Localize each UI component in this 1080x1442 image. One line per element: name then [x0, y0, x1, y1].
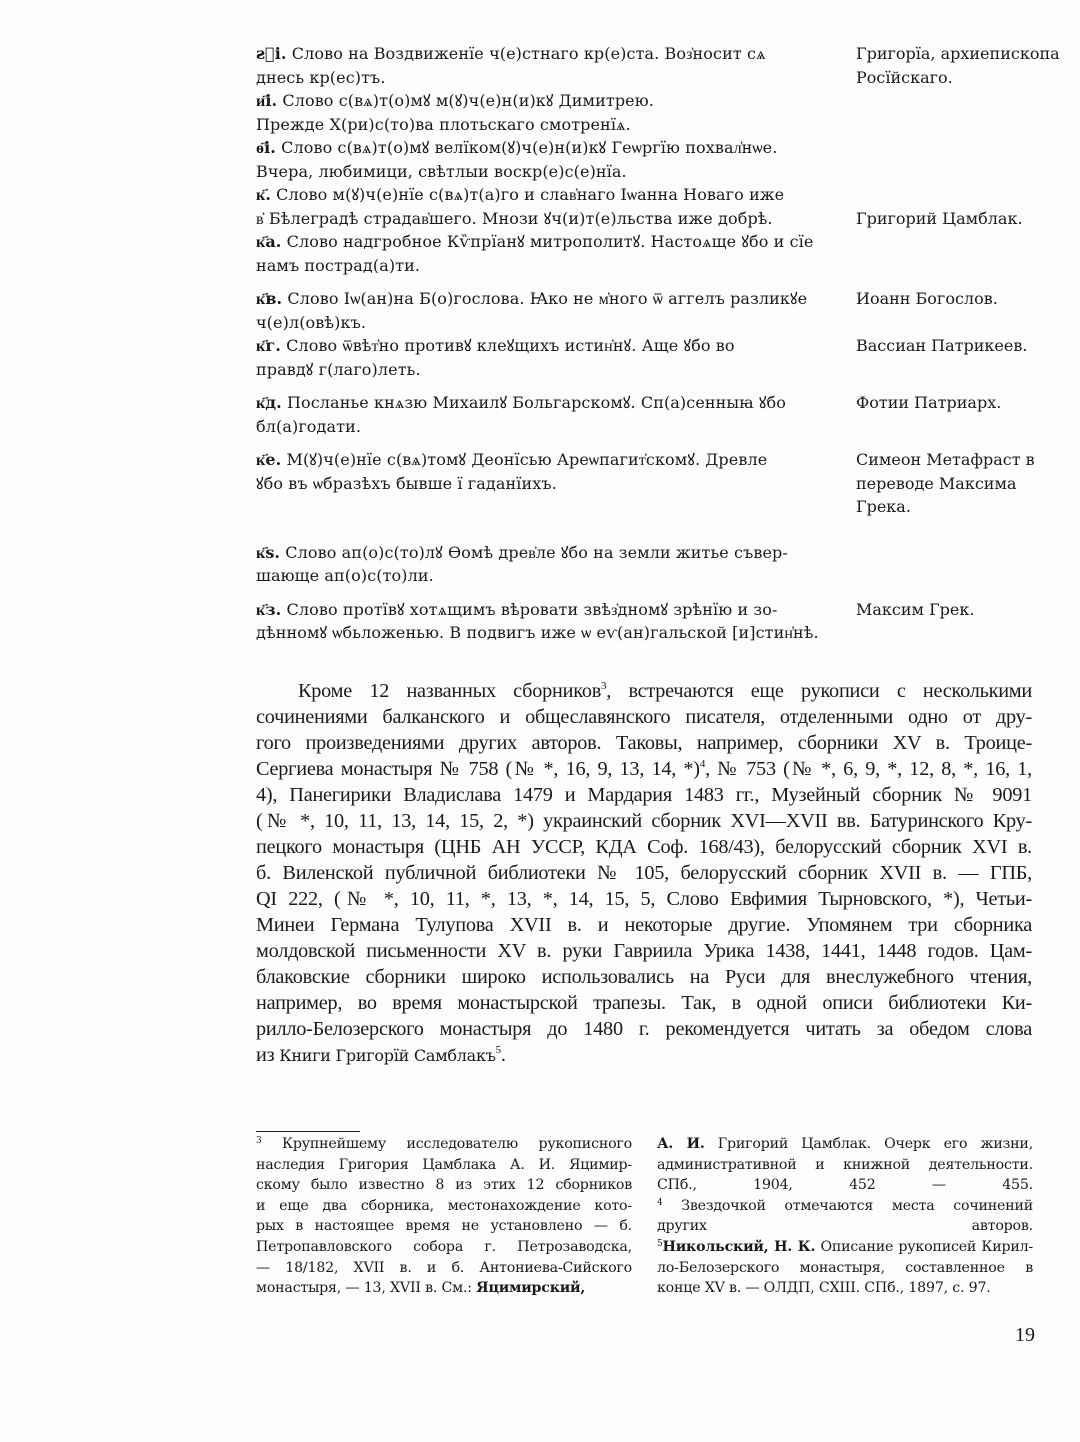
paragraph-line: б. Виленской публичной библиотеки № 105,… — [256, 860, 1032, 886]
text: молдовской письменности XV в. руки Гаври… — [256, 940, 1032, 962]
entry-title: к҃е. М(ꙋ)ч(е)нїе с(вѧ)томꙋ Деонїсью Ареѡ… — [256, 448, 824, 519]
entry-line: к҃ѕ. Слово ап(о)с(то)лꙋ Ѳомѣ древ҆ле ꙋбо… — [256, 541, 824, 565]
entry-number: к҃. — [256, 185, 271, 204]
footnote-line: Петропавловского собора г. Петрозаводска… — [256, 1237, 632, 1258]
footnote-line: ло-Белозерского монастыря, составленное … — [657, 1258, 1033, 1279]
entry-author: Максим Грек. — [856, 598, 1056, 645]
contents-entry: к҃ѕ. Слово ап(о)с(то)лꙋ Ѳомѣ древ҆ле ꙋбо… — [256, 541, 1056, 588]
footnote-line: скому было известно 8 из этих 12 сборник… — [256, 1175, 632, 1196]
text: Минеи Германа Тулупова XVII в. и некотор… — [256, 914, 1032, 936]
paragraph-line: сочинениями балканского и общеславянског… — [256, 704, 1032, 730]
author-name: А. И. — [657, 1136, 705, 1152]
text: конце XV в. — ОЛДП, CXIII. СПб., 1897, с… — [657, 1280, 991, 1296]
text: . — [501, 1044, 506, 1066]
entry-title: к҃з. Слово протївꙋ хотѧщимъ вѣровати звѣ… — [256, 598, 824, 645]
entry-author: Симеон Метафраст впереводе МаксимаГрека. — [856, 448, 1056, 519]
paragraph-line: молдовской письменности XV в. руки Гаври… — [256, 938, 1032, 964]
contents-entry: к҃з. Слово протївꙋ хотѧщимъ вѣровати звѣ… — [256, 598, 1056, 645]
entry-number: ѳ҃і. — [256, 138, 276, 157]
footnote-line: А. И. Григорий Цамблак. Очерк его жизни, — [657, 1134, 1033, 1155]
entry-number: к҃е. — [256, 450, 281, 469]
entry-title: к҃д. Посланье кнѧзю Михаилꙋ Больгарскомꙋ… — [256, 391, 824, 438]
footnote-line: 5Никольский, Н. К. Описание рукописей Ки… — [657, 1237, 1033, 1258]
entry-text-fragment: намъ пострад(а)ти. — [256, 256, 420, 275]
contents-entry: к҃. Слово м(ꙋ)ч(е)нїе с(вѧ)т(а)го и слав… — [256, 183, 1056, 277]
paragraph-line: пецкого монастыря (ЦНБ АН УССР, КДА Соф.… — [256, 834, 1032, 860]
author-line: Росїйскаго. — [856, 66, 1056, 90]
entry-author: Иоанн Богослов. — [856, 287, 1056, 334]
entry-number: к҃д. — [256, 393, 282, 412]
entry-text-fragment: Посланье кнѧзю Михаилꙋ Больгарскомꙋ. Сп(… — [282, 393, 786, 412]
text: монастыря, — 13, XVII в. См.: — [256, 1280, 476, 1296]
author-line: Симеон Метафраст в — [856, 448, 1056, 472]
paragraph-line: Сергиева монастыря № 758 (№ *, 16, 9, 13… — [256, 756, 1032, 782]
contents-entry: к҃в. Слово Іѡ(ан)на Б(о)гослова. Ꙗко не … — [256, 287, 1056, 334]
book-page: ꙅ҃і. Слово на Воздвиженїе ч(е)стнаго кр(… — [0, 0, 1080, 1442]
text: — 18/182, XVII в. и б. Антониева-Сийског… — [256, 1260, 632, 1276]
footnote-line: наследия Григория Цамблака А. И. Яцимир- — [256, 1155, 632, 1176]
entry-text-fragment: бл(а)годати. — [256, 417, 361, 436]
entry-number: к҃з. — [256, 600, 281, 619]
entry-line: бл(а)годати. — [256, 415, 824, 439]
entry-line: ч(е)л(овѣ)къ. — [256, 311, 824, 335]
manuscript-contents-list: ꙅ҃і. Слово на Воздвиженїе ч(е)стнаго кр(… — [256, 42, 1056, 645]
footnote-line: других авторов. — [657, 1216, 1033, 1237]
footnote-line: административной и книжной деятельности. — [657, 1155, 1033, 1176]
paragraph-line: из Книги Григорїй Самблакъ5. — [256, 1042, 1032, 1069]
entry-line: дѣнномꙋ ѡбьложенью. В подвигъ иже ѡ еѵ(а… — [256, 621, 824, 645]
entry-author: Вассиан Патрикеев. — [856, 334, 1056, 381]
entry-line: к҃в. Слово Іѡ(ан)на Б(о)гослова. Ꙗко не … — [256, 287, 824, 311]
text: СПб., 1904, 452 — 455. — [657, 1177, 1033, 1193]
entry-line: днесь кр(ес)тъ. — [256, 66, 824, 90]
paragraph-line: QI 222, (№ *, 10, 11, *, 13, *, 14, 15, … — [256, 886, 1032, 912]
paragraph-line: рилло-Белозерского монастыря до 1480 г. … — [256, 1016, 1032, 1042]
entry-line: к҃г. Слово ѿвѣт҆но противꙋ клеꙋщихъ исти… — [256, 334, 824, 358]
text: пецкого монастыря (ЦНБ АН УССР, КДА Соф.… — [256, 836, 1032, 858]
text: из — [256, 1044, 279, 1066]
text: сочинениями балканского и общеславянског… — [256, 706, 1032, 728]
footnote-line: монастыря, — 13, XVII в. См.: Яцимирский… — [256, 1278, 632, 1299]
paragraph-line: Минеи Германа Тулупова XVII в. и некотор… — [256, 912, 1032, 938]
text: рилло-Белозерского монастыря до 1480 г. … — [256, 1018, 1032, 1040]
entry-line: ꙅ҃і. Слово на Воздвиженїе ч(е)стнаго кр(… — [256, 42, 824, 66]
text: (№ *, 10, 11, 13, 14, 15, 2, *) украинск… — [256, 810, 1032, 832]
entry-text-fragment: Слово протївꙋ хотѧщимъ вѣровати звѣз҆дно… — [281, 600, 777, 619]
entry-number: к҃г. — [256, 336, 281, 355]
entry-text-fragment: правдꙋ г(лаго)леть. — [256, 360, 421, 379]
entry-text-fragment: Слово с(вѧ)т(о)мꙋ велїком(ꙋ)ч(е)н(и)кꙋ Г… — [276, 138, 777, 157]
entry-line: в҆ Бѣлеградѣ страдав҆шего. Мнози ꙋч(и)т(… — [256, 207, 824, 231]
text: Кроме 12 названных сборников — [298, 680, 601, 702]
author-line: Григорий Цамблак. — [856, 207, 1056, 231]
text: , встречаются еще рукописи с несколькими — [606, 680, 1032, 702]
footnotes-left-column: 3 Крупнейшему исследователю рукописногон… — [256, 1134, 632, 1299]
text: Звездочкой отмечаются места сочинений — [663, 1198, 1033, 1214]
contents-entry: к҃г. Слово ѿвѣт҆но противꙋ клеꙋщихъ исти… — [256, 334, 1056, 381]
text: скому было известно 8 из этих 12 сборник… — [256, 1177, 632, 1193]
entry-line: к҃а. Слово надгробное Кѷпрїанꙋ митрополи… — [256, 230, 824, 254]
entry-text-fragment: М(ꙋ)ч(е)нїе с(вѧ)томꙋ Деонїсью Ареѡпагит… — [281, 450, 767, 469]
entry-text-fragment: Слово м(ꙋ)ч(е)нїе с(вѧ)т(а)го и слав҆наг… — [271, 185, 784, 204]
paragraph-line: например, во время монастырской трапезы.… — [256, 990, 1032, 1016]
author-name: Никольский, Н. К. — [663, 1239, 816, 1255]
page-number: 19 — [1015, 1324, 1035, 1347]
entry-author: Григорий Цамблак. — [856, 183, 1056, 277]
paragraph-line: 4), Панегирики Владислава 1479 и Мардари… — [256, 782, 1032, 808]
entry-author: Григорїа, архиепископаРосїйскаго. — [856, 42, 1056, 183]
entry-title: к҃ѕ. Слово ап(о)с(то)лꙋ Ѳомѣ древ҆ле ꙋбо… — [256, 541, 824, 588]
text: наследия Григория Цамблака А. И. Яцимир- — [256, 1157, 632, 1173]
entry-author — [856, 541, 1056, 588]
entry-title: к҃г. Слово ѿвѣт҆но противꙋ клеꙋщихъ исти… — [256, 334, 824, 381]
footnote-line: конце XV в. — ОЛДП, CXIII. СПб., 1897, с… — [657, 1278, 1033, 1299]
entry-title: к҃в. Слово Іѡ(ан)на Б(о)гослова. Ꙗко не … — [256, 287, 824, 334]
paragraph-line: блаковские сборники широко использовалис… — [256, 964, 1032, 990]
entry-line: и҃і. Слово с(вѧ)т(о)мꙋ м(ꙋ)ч(е)н(и)кꙋ Ди… — [256, 89, 824, 113]
text: блаковские сборники широко использовалис… — [256, 966, 1032, 988]
slavonic-quote: Книги Григорїй Самблакъ — [279, 1046, 495, 1065]
text: ло-Белозерского монастыря, составленное … — [657, 1260, 1033, 1276]
entry-title: ꙅ҃і. Слово на Воздвиженїе ч(е)стнаго кр(… — [256, 42, 824, 183]
main-paragraph: Кроме 12 названных сборников3, встречают… — [256, 678, 1032, 1069]
entry-line: шающе ап(о)с(то)ли. — [256, 564, 824, 588]
entry-text-fragment: Слово надгробное Кѷпрїанꙋ митрополитꙋ. Н… — [281, 232, 813, 251]
entry-text-fragment: ч(е)л(овѣ)къ. — [256, 313, 366, 332]
footnotes-right-column: А. И. Григорий Цамблак. Очерк его жизни,… — [657, 1134, 1033, 1299]
text: административной и книжной деятельности. — [657, 1157, 1033, 1173]
paragraph-line: Кроме 12 названных сборников3, встречают… — [256, 678, 1032, 704]
entry-text-fragment: Слово ѿвѣт҆но противꙋ клеꙋщихъ истин҆нꙋ.… — [281, 336, 735, 355]
paragraph-line: (№ *, 10, 11, 13, 14, 15, 2, *) украинск… — [256, 808, 1032, 834]
entry-author: Фотии Патриарх. — [856, 391, 1056, 438]
author-line: Иоанн Богослов. — [856, 287, 1056, 311]
entry-text-fragment: дѣнномꙋ ѡбьложенью. В подвигъ иже ѡ еѵ(а… — [256, 623, 819, 642]
text: гого произведениями других авторов. Тако… — [256, 732, 1032, 754]
entry-text-fragment: ꙋбо въ ѡбразѣхъ бывше ї гаданїихъ. — [256, 474, 557, 493]
text: и еще два сборника, местонахождение кото… — [256, 1198, 632, 1214]
text: 4), Панегирики Владислава 1479 и Мардари… — [256, 784, 1032, 806]
entry-text-fragment: днесь кр(ес)тъ. — [256, 68, 386, 87]
entry-line: ꙋбо въ ѡбразѣхъ бывше ї гаданїихъ. — [256, 472, 824, 496]
entry-title: к҃. Слово м(ꙋ)ч(е)нїе с(вѧ)т(а)го и слав… — [256, 183, 824, 277]
text: Описание рукописей Кирил- — [815, 1239, 1033, 1255]
entry-number: к҃а. — [256, 232, 281, 251]
entry-line: к҃д. Посланье кнѧзю Михаилꙋ Больгарскомꙋ… — [256, 391, 824, 415]
entry-text-fragment: шающе ап(о)с(то)ли. — [256, 566, 434, 585]
entry-text-fragment: Слово ап(о)с(то)лꙋ Ѳомѣ древ҆ле ꙋбо на з… — [280, 543, 788, 562]
contents-entry: к҃е. М(ꙋ)ч(е)нїе с(вѧ)томꙋ Деонїсью Ареѡ… — [256, 448, 1056, 519]
author-line: Григорїа, архиепископа — [856, 42, 1056, 66]
entry-text-fragment: Слово Іѡ(ан)на Б(о)гослова. Ꙗко не м҆ног… — [282, 289, 807, 308]
entry-text-fragment: Слово на Воздвиженїе ч(е)стнаго кр(е)ста… — [287, 44, 766, 63]
author-line: переводе Максима — [856, 472, 1056, 496]
contents-entry: к҃д. Посланье кнѧзю Михаилꙋ Больгарскомꙋ… — [256, 391, 1056, 438]
author-name: Яцимирский, — [476, 1280, 585, 1296]
text: б. Виленской публичной библиотеки № 105,… — [256, 862, 1032, 884]
entry-number: ꙅ҃і. — [256, 44, 287, 63]
paragraph-line: гого произведениями других авторов. Тако… — [256, 730, 1032, 756]
entry-number: и҃і. — [256, 91, 277, 110]
entry-line: Вчера, любимици, свѣтлыи воскр(е)с(е)нїа… — [256, 160, 824, 184]
entry-line: к҃е. М(ꙋ)ч(е)нїе с(вѧ)томꙋ Деонїсью Ареѡ… — [256, 448, 824, 472]
entry-line: к҃з. Слово протївꙋ хотѧщимъ вѣровати звѣ… — [256, 598, 824, 622]
entry-text-fragment: Слово с(вѧ)т(о)мꙋ м(ꙋ)ч(е)н(и)кꙋ Димитре… — [277, 91, 654, 110]
contents-entry: ꙅ҃і. Слово на Воздвиженїе ч(е)стнаго кр(… — [256, 42, 1056, 183]
entry-line: намъ пострад(а)ти. — [256, 254, 824, 278]
footnote-line: рых в настоящее время не установлено — б… — [256, 1216, 632, 1237]
text: Петропавловского собора г. Петрозаводска… — [256, 1239, 632, 1255]
text: , № 753 (№ *, 6, 9, *, 12, 8, *, 16, 1, — [705, 758, 1032, 780]
entry-line: правдꙋ г(лаго)леть. — [256, 358, 824, 382]
author-line: Грека. — [856, 495, 1056, 519]
text: Крупнейшему исследователю рукописного — [262, 1136, 632, 1152]
entry-line: Прежде Х(ри)с(то)ва плотьскаго смотренїѧ… — [256, 113, 824, 137]
footnote-line: — 18/182, XVII в. и б. Антониева-Сийског… — [256, 1258, 632, 1279]
entry-text-fragment: в҆ Бѣлеградѣ страдав҆шего. Мнози ꙋч(и)т(… — [256, 209, 773, 228]
footnote-separator — [256, 1131, 360, 1132]
entry-number: к҃ѕ. — [256, 543, 280, 562]
text: других авторов. — [657, 1218, 1033, 1234]
text: рых в настоящее время не установлено — б… — [256, 1218, 632, 1234]
author-line: Максим Грек. — [856, 598, 1056, 622]
footnote-line: 3 Крупнейшему исследователю рукописного — [256, 1134, 632, 1155]
entry-line: ѳ҃і. Слово с(вѧ)т(о)мꙋ велїком(ꙋ)ч(е)н(и… — [256, 136, 824, 160]
author-line — [856, 183, 1056, 207]
text: Сергиева монастыря № 758 (№ *, 16, 9, 13… — [256, 758, 700, 780]
entry-number: к҃в. — [256, 289, 282, 308]
footnote-line: и еще два сборника, местонахождение кото… — [256, 1196, 632, 1217]
author-line: Фотии Патриарх. — [856, 391, 1056, 415]
footnote-line: СПб., 1904, 452 — 455. — [657, 1175, 1033, 1196]
text: QI 222, (№ *, 10, 11, *, 13, *, 14, 15, … — [256, 888, 1032, 910]
footnote-line: 4 Звездочкой отмечаются места сочинений — [657, 1196, 1033, 1217]
author-line: Вассиан Патрикеев. — [856, 334, 1056, 358]
entry-line: к҃. Слово м(ꙋ)ч(е)нїе с(вѧ)т(а)го и слав… — [256, 183, 824, 207]
entry-text-fragment: Вчера, любимици, свѣтлыи воскр(е)с(е)нїа… — [256, 162, 627, 181]
entry-text-fragment: Прежде Х(ри)с(то)ва плотьскаго смотренїѧ… — [256, 115, 631, 134]
text: Григорий Цамблак. Очерк его жизни, — [705, 1136, 1033, 1152]
text: например, во время монастырской трапезы.… — [256, 992, 1032, 1014]
